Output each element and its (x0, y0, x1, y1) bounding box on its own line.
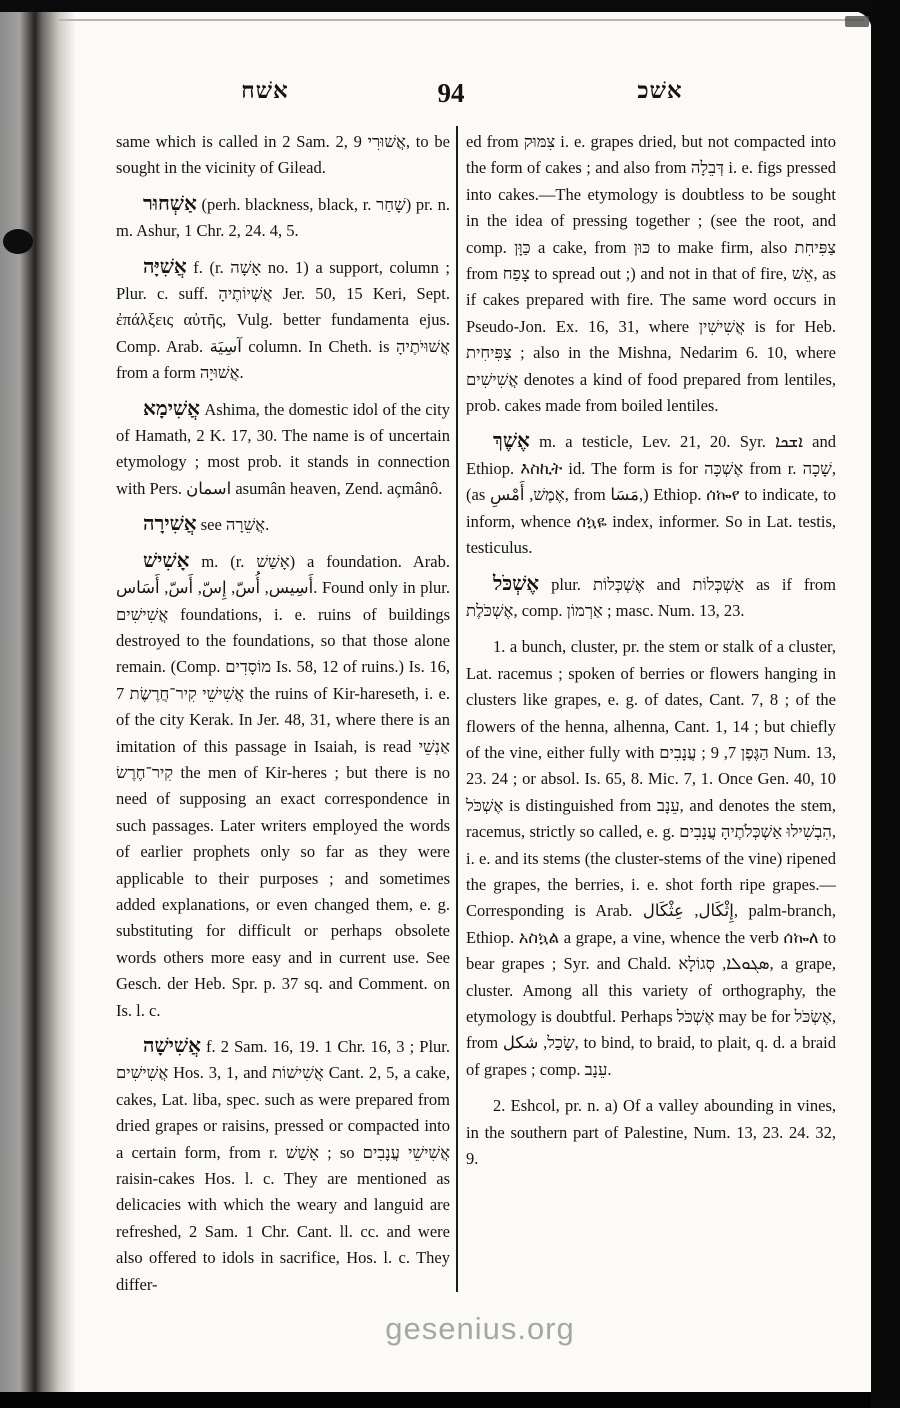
running-head-right-word: אשׁכ (575, 78, 745, 110)
entry-headword: אֲשִׁימָא (143, 398, 200, 420)
scanned-book-page: אשׁח 94 אשׁכ same which is called in 2 S… (0, 0, 900, 1408)
entry-headword: אֶשֶׁךְ (493, 430, 530, 452)
entry-headword: אָשִׁישׁ (143, 550, 189, 572)
corner-smudge (845, 16, 869, 27)
column-divider-rule (456, 126, 458, 1292)
scan-border-top (0, 0, 900, 12)
scan-border-right (871, 0, 900, 1408)
entry-body: see אֲשֵׁרָה. (197, 515, 270, 534)
dictionary-entry: אֲשִׁירָה see אֲשֵׁרָה. (116, 511, 450, 538)
dictionary-entry: אָשִׁישׁ m. (r. אָשַׁשׁ) a foundation. A… (116, 548, 450, 1024)
dictionary-entry: אֶשֶׁךְ m. a testicle, Lev. 21, 20. Syr.… (466, 428, 836, 561)
dictionary-entry: אֲשִׁימָא Ashima, the domestic idol of t… (116, 396, 450, 503)
page-number: 94 (416, 78, 486, 110)
entry-body: 1. a bunch, cluster, pr. the stem or sta… (466, 637, 836, 1079)
entry-headword: אֶשְׁכֹּל (493, 573, 539, 595)
running-head-left-word: אשׁח (180, 78, 350, 110)
entry-body: 2. Eshcol, pr. n. a) Of a valley aboundi… (466, 1096, 836, 1168)
binding-gutter-shadow (0, 11, 76, 1394)
numbered-sense-paragraph: 2. Eshcol, pr. n. a) Of a valley aboundi… (466, 1092, 836, 1172)
page-inner-edge-line (57, 22, 59, 1390)
numbered-sense-paragraph: 1. a bunch, cluster, pr. the stem or sta… (466, 633, 836, 1083)
entry-headword: אֲשִׁישָׁה (143, 1035, 201, 1057)
entry-body: m. (r. אָשַׁשׁ) a foundation. Arab. أَسِ… (116, 552, 450, 1020)
dictionary-entry: אַשְׁחוּר (perh. blackness, black, r. שָ… (116, 191, 450, 245)
continuation-paragraph: ed from צִמּוּק i. e. grapes dried, but … (466, 128, 836, 419)
dictionary-entry: אֲשִׁישָׁה f. 2 Sam. 16, 19. 1 Chr. 16, … (116, 1033, 450, 1298)
entry-body: ed from צִמּוּק i. e. grapes dried, but … (466, 132, 836, 415)
dictionary-entry: אֲשִׁיָּה f. (r. אָשָׁה no. 1) a support… (116, 254, 450, 387)
entry-headword: אֲשִׁירָה (143, 513, 197, 535)
punch-hole-mark (3, 229, 33, 254)
dictionary-entry: אֶשְׁכֹּל plur. אֶשְׁכְּלוֹת and אַשְׁכְ… (466, 571, 836, 625)
watermark-text: gesenius.org (320, 1311, 640, 1347)
entry-body: same which is called in 2 Sam. 2, 9 אֲשׁ… (116, 132, 450, 177)
text-column-left: same which is called in 2 Sam. 2, 9 אֲשׁ… (116, 128, 450, 1300)
entry-headword: אַשְׁחוּר (143, 193, 197, 215)
continuation-paragraph: same which is called in 2 Sam. 2, 9 אֲשׁ… (116, 128, 450, 182)
scan-border-bottom (0, 1392, 900, 1408)
entry-headword: אֲשִׁיָּה (143, 256, 187, 278)
entry-body: f. 2 Sam. 16, 19. 1 Chr. 16, 3 ; Plur. א… (116, 1037, 450, 1294)
text-column-right: ed from צִמּוּק i. e. grapes dried, but … (466, 128, 836, 1300)
top-scan-rule (58, 19, 864, 21)
